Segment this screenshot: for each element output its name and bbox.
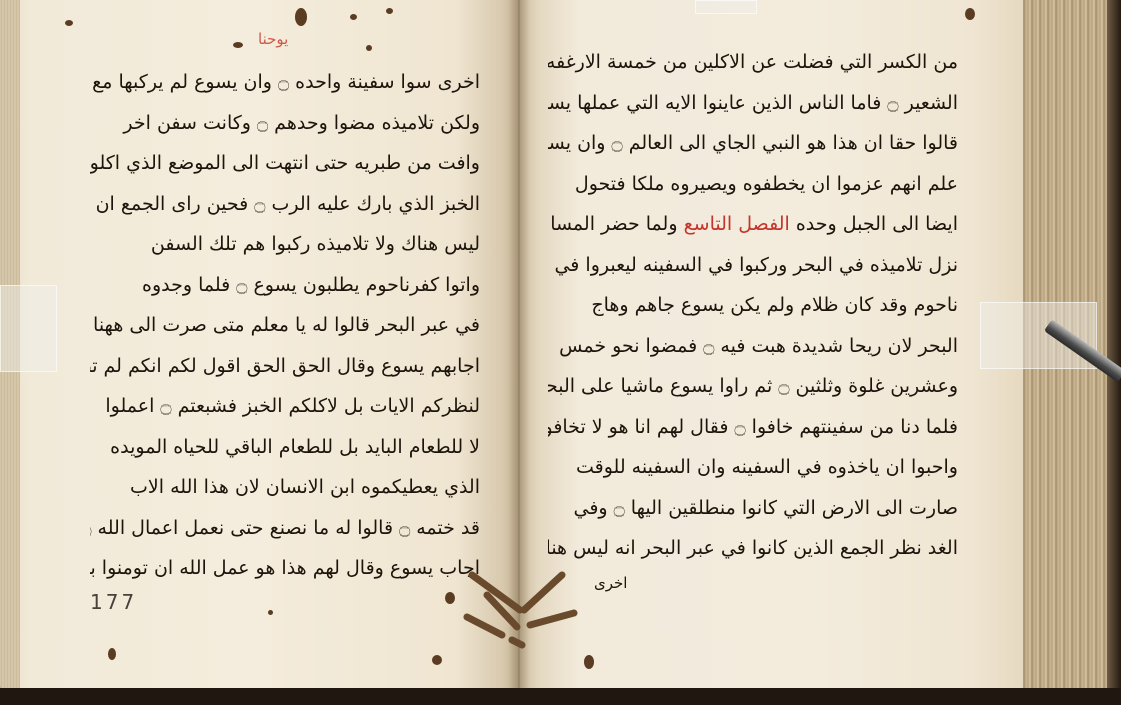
text-line: من الكسر التي فضلت عن الاكلين من خمسة ال…	[548, 42, 958, 83]
worm-hole	[268, 610, 273, 615]
worm-hole	[386, 8, 393, 14]
text-line: ولكن تلاميذه مضوا وحدهم ۝ وكانت سفن اخر	[90, 103, 480, 144]
worm-hole	[65, 20, 73, 26]
worm-hole	[432, 655, 442, 665]
text-line: اخرى سوا سفينة واحده ۝ وان يسوع لم يركبه…	[90, 62, 480, 103]
text-line: اجاب يسوع وقال لهم هذا هو عمل الله ان تو…	[90, 548, 480, 589]
bottom-shadow	[0, 688, 1121, 705]
worm-hole	[366, 45, 372, 51]
text-line: ناحوم وقد كان ظلام ولم يكن يسوع جاهم وها…	[548, 285, 958, 326]
text-line: نزل تلاميذه في البحر وركبوا في السفينه ل…	[548, 245, 958, 286]
text-line: واحبوا ان ياخذوه في السفينه وان السفينه …	[548, 447, 958, 488]
chapter-heading: الفصل التاسع	[684, 213, 790, 235]
text-line: قد ختمه ۝ قالوا له ما نصنع حتى نعمل اعما…	[90, 508, 480, 549]
running-header: يوحنا	[258, 30, 288, 48]
catchword: اخرى	[594, 574, 627, 592]
worm-hole	[233, 42, 243, 48]
binding-thread	[462, 565, 582, 650]
repair-tab	[0, 285, 57, 372]
text-line: لنظركم الايات بل لاكلكم الخبز فشبعتم ۝ ا…	[90, 386, 480, 427]
text-line: لا للطعام البايد بل للطعام الباقي للحياه…	[90, 427, 480, 468]
text-line: صارت الى الارض التي كانوا منطلقين اليها …	[548, 488, 958, 529]
worm-hole	[965, 8, 975, 20]
repair-tab	[695, 0, 757, 14]
worm-hole	[584, 655, 594, 669]
worm-hole	[350, 14, 357, 20]
text-fragment: ايضا الى الجبل وحده	[796, 213, 958, 235]
text-line: ليس هناك ولا تلاميذه ركبوا هم تلك السفن	[90, 224, 480, 265]
left-page-text: اخرى سوا سفينة واحده ۝ وان يسوع لم يركبه…	[90, 62, 480, 589]
text-line: اجابهم يسوع وقال الحق الحق اقول لكم انكم…	[90, 346, 480, 387]
text-line: واتوا كفرناحوم يطلبون يسوع ۝ فلما وجدوه	[90, 265, 480, 306]
worm-hole	[108, 648, 116, 660]
worm-hole	[295, 8, 307, 26]
text-line: وعشرين غلوة وثلثين ۝ ثم راوا يسوع ماشيا …	[548, 366, 958, 407]
text-line: الخبز الذي بارك عليه الرب ۝ فحين راى الج…	[90, 184, 480, 225]
text-line: البحر لان ريحا شديدة هبت فيه ۝ فمضوا نحو…	[548, 326, 958, 367]
text-line: فلما دنا من سفينتهم خافوا ۝ فقال لهم انا…	[548, 407, 958, 448]
text-line: الشعير ۝ فاما الناس الذين عاينوا الايه ا…	[548, 83, 958, 124]
text-line: الغد نظر الجمع الذين كانوا في عبر البحر …	[548, 528, 958, 569]
manuscript-photo: يوحنا اخرى سوا سفينة واحده ۝ وان يسوع لم…	[0, 0, 1121, 705]
right-page-text: من الكسر التي فضلت عن الاكلين من خمسة ال…	[548, 42, 958, 569]
worm-hole	[445, 592, 455, 604]
text-line: وافت من طبريه حتى انتهت الى الموضع الذي …	[90, 143, 480, 184]
text-line: علم انهم عزموا ان يخطفوه ويصيروه ملكا فت…	[548, 164, 958, 205]
text-fragment: ولما حضر المسا	[550, 213, 677, 235]
repair-tab	[980, 302, 1097, 369]
text-line: في عبر البحر قالوا له يا معلم متى صرت ال…	[90, 305, 480, 346]
text-line: الذي يعطيكموه ابن الانسان لان هذا الله ا…	[90, 467, 480, 508]
text-line-with-heading: ايضا الى الجبل وحده الفصل التاسع ولما حض…	[548, 204, 958, 245]
text-line: قالوا حقا ان هذا هو النبي الجاي الى العا…	[548, 123, 958, 164]
folio-number: 177	[90, 590, 137, 614]
